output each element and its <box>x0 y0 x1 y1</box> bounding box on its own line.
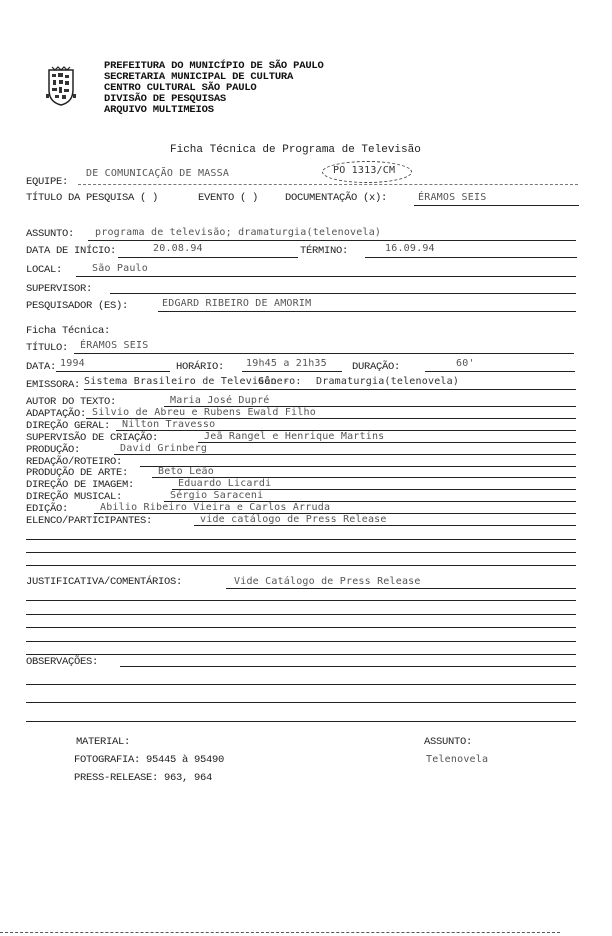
pesquisador-value: EDGARD RIBEIRO DE AMORIM <box>162 298 311 309</box>
termino-value: 16.09.94 <box>385 243 435 254</box>
credit-value: Jeã Rangel e Henrique Martins <box>204 431 384 442</box>
credit-value: Silvio de Abreu e Rubens Ewald Filho <box>92 407 316 418</box>
data-inicio-value: 20.08.94 <box>153 243 203 254</box>
genero-value: Dramaturgia(telenovela) <box>316 376 459 387</box>
stamp-text: PO 1313/CM <box>333 165 395 176</box>
titulo-pesquisa-value: ÉRAMOS SEIS <box>418 192 486 203</box>
ficha-tecnica-heading: Ficha Técnica: <box>26 325 110 337</box>
material-label: MATERIAL: <box>76 736 130 748</box>
credit-value: Eduardo Licardi <box>178 478 271 489</box>
credit-value: Nilton Travesso <box>122 419 215 430</box>
credit-value: Beto Leão <box>158 466 214 477</box>
titulo-value: ÉRAMOS SEIS <box>80 340 148 351</box>
equipe-value: DE COMUNICAÇÃO DE MASSA <box>86 168 229 179</box>
assunto-label: ASSUNTO: <box>26 228 74 240</box>
credit-label: PRODUÇÃO DE ARTE: <box>26 467 128 479</box>
justificativa-label: JUSTIFICATIVA/COMENTÁRIOS: <box>26 576 182 588</box>
coat-of-arms-icon <box>46 66 76 106</box>
evento-label: EVENTO ( ) <box>198 192 258 204</box>
justificativa-value: Vide Catálogo de Press Release <box>234 576 421 587</box>
form-title: Ficha Técnica de Programa de Televisão <box>170 144 421 156</box>
duracao-label: DURAÇÃO: <box>352 361 400 373</box>
header-line: ARQUIVO MULTIMEIOS <box>104 105 324 116</box>
credit-label: DIREÇÃO GERAL: <box>26 420 110 432</box>
credit-label: ADAPTAÇÃO: <box>26 408 86 420</box>
credit-value: David Grinberg <box>120 443 207 454</box>
credit-value: Maria José Dupré <box>170 395 270 406</box>
supervisor-label: SUPERVISOR: <box>26 283 92 295</box>
duracao-value: 60' <box>456 358 475 369</box>
termino-label: TÉRMINO: <box>300 245 348 257</box>
local-label: LOCAL: <box>26 264 62 276</box>
data-label: DATA: <box>26 361 56 373</box>
credit-value: vide catálogo de Press Release <box>200 514 387 525</box>
credit-label: DIREÇÃO DE IMAGEM: <box>26 479 134 491</box>
credit-label: ELENCO/PARTICIPANTES: <box>26 515 152 527</box>
data-inicio-label: DATA DE INÍCIO: <box>26 245 116 257</box>
fotografia-value: FOTOGRAFIA: 95445 à 95490 <box>74 754 224 766</box>
equipe-label: EQUIPE: <box>26 176 68 188</box>
titulo-pesquisa-label: TÍTULO DA PESQUISA ( ) <box>26 192 158 204</box>
pesquisador-label: PESQUISADOR (ES): <box>26 300 128 312</box>
institution-header: PREFEITURA DO MUNICÍPIO DE SÃO PAULO SEC… <box>104 61 324 116</box>
horario-label: HORÁRIO: <box>176 361 224 373</box>
observacoes-label: OBSERVAÇÕES: <box>26 656 98 668</box>
assunto-value: programa de televisão; dramaturgia(telen… <box>95 227 381 238</box>
credit-value: Abilio Ribeiro Vieira e Carlos Arruda <box>100 502 330 513</box>
assunto-footer-label: ASSUNTO: <box>424 736 472 748</box>
credit-label: REDAÇÃO/ROTEIRO: <box>26 456 122 468</box>
assunto-footer-value: Telenovela <box>426 754 488 765</box>
genero-label: Gênero: <box>258 376 302 387</box>
emissora-label: EMISSORA: <box>26 379 80 391</box>
credit-label: EDIÇÃO: <box>26 503 68 515</box>
credit-label: PRODUÇÃO: <box>26 444 80 456</box>
credit-value: Sérgio Saraceni <box>170 490 263 501</box>
horario-value: 19h45 a 21h35 <box>246 358 327 369</box>
documentacao-label: DOCUMENTAÇÃO (x): <box>285 192 387 204</box>
local-value: São Paulo <box>92 263 148 274</box>
data-value: 1994 <box>60 358 85 369</box>
press-release-value: PRESS-RELEASE: 963, 964 <box>74 772 212 784</box>
titulo-label: TÍTULO: <box>26 342 68 354</box>
